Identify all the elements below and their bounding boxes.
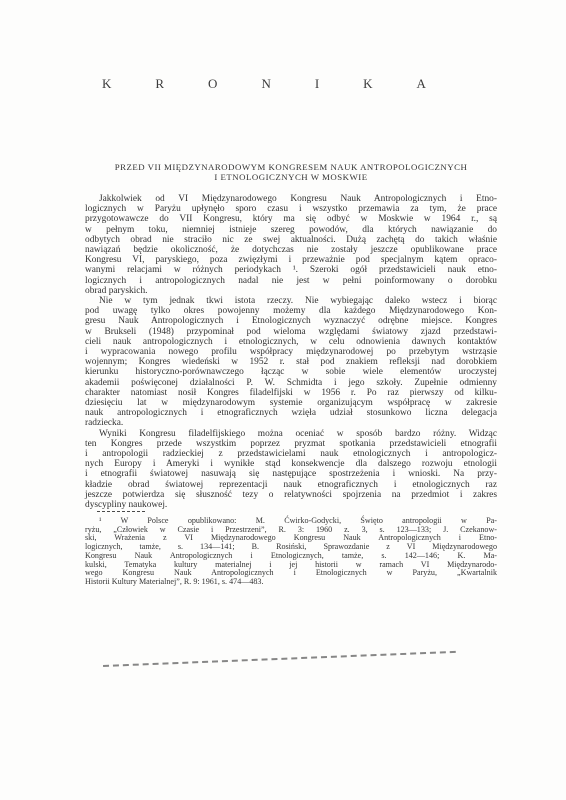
text-line: i antropologii radzieckiej z przedstawic…: [85, 449, 497, 459]
text-line: Kongresu VI, paryskiego, poza zwięzłymi …: [85, 255, 497, 265]
text-line: dyscypliny naukowej.: [85, 500, 497, 510]
text-line: i wypracowania nowego profilu współpracy…: [85, 347, 497, 357]
text-line: jeszcze potwierdza się słuszność tezy o …: [85, 490, 497, 500]
paragraph-1: Jakkolwiek od VI Międzynarodowego Kongre…: [85, 194, 497, 296]
text-line: nawiązań będzie okoliczność, że dotychcz…: [85, 245, 497, 255]
text-line: obrad paryskich.: [85, 286, 497, 296]
text-line: wojennym; Kongres wiedeński w 1952 r. st…: [85, 357, 497, 367]
text-line: dziesięciu lat w międzynarodowym systemi…: [85, 398, 497, 408]
text-line: logicznych i antropologicznych nadal nie…: [85, 276, 497, 286]
footnote-separator: [97, 511, 145, 512]
text-line: charakter natomiast nosił Kongres filade…: [85, 388, 497, 398]
section-header: KRONIKA: [102, 76, 470, 92]
text-line: nauk antropologicznych i etnograficznych…: [85, 408, 497, 418]
text-line: Wyniki Kongresu filadelfijskiego można o…: [85, 429, 497, 439]
text-line: akademii poświęconej działalności P. W. …: [85, 378, 497, 388]
text-line: wanymi relacjami w różnych periodykach ¹…: [85, 265, 497, 275]
article-title: PRZED VII MIĘDZYNARODOWYM KONGRESEM NAUK…: [85, 162, 497, 183]
text-line: pod uwagę tylko okres powojenny możemy d…: [85, 306, 497, 316]
text-line: ten Kongres przede wszystkim poprzez pry…: [85, 439, 497, 449]
article-title-line1: PRZED VII MIĘDZYNARODOWYM KONGRESEM NAUK…: [85, 162, 497, 172]
text-line: Historii Kultury Materialnej”, R. 9: 196…: [85, 578, 497, 587]
text-line: odbytych obrad nie straciło nic ze swej …: [85, 235, 497, 245]
text-line: Nie w tym jednak tkwi istota rzeczy. Nie…: [85, 296, 497, 306]
text-line: logicznych w Paryżu upłynęło sporo czasu…: [85, 204, 497, 214]
text-line: gresu Nauk Antropologicznych i Etnologic…: [85, 316, 497, 326]
scan-crease-line: [103, 651, 456, 667]
text-line: kierunku historyczno-porównawczego łączą…: [85, 367, 497, 377]
paragraph-2: Nie w tym jednak tkwi istota rzeczy. Nie…: [85, 296, 497, 429]
text-line: w Brukseli (1948) przypominał pod wielom…: [85, 327, 497, 337]
text-line: Jakkolwiek od VI Międzynarodowego Kongre…: [85, 194, 497, 204]
text-line: przygotowawcze do VII Kongresu, który ma…: [85, 214, 497, 224]
text-line: radziecka.: [85, 418, 497, 428]
paragraph-3: Wyniki Kongresu filadelfijskiego można o…: [85, 429, 497, 511]
article-body: Jakkolwiek od VI Międzynarodowego Kongre…: [85, 194, 497, 510]
text-line: nych Europy i Ameryki i wynikłe stąd kon…: [85, 459, 497, 469]
text-line: w pełnym toku, niemniej istnieje szereg …: [85, 225, 497, 235]
article-title-line2: I ETNOLOGICZNYCH W MOSKWIE: [85, 172, 497, 182]
text-line: kładzie obrad światowej reprezentacji na…: [85, 480, 497, 490]
text-line: i etnografii światowej nasuwają się nast…: [85, 469, 497, 479]
text-line: cieli nauk antropologicznych i etnologic…: [85, 337, 497, 347]
footnote: ¹ W Polsce opublikowano: M. Ćwirko-Godyc…: [85, 517, 497, 587]
document-page: KRONIKA PRZED VII MIĘDZYNARODOWYM KONGRE…: [0, 0, 566, 800]
